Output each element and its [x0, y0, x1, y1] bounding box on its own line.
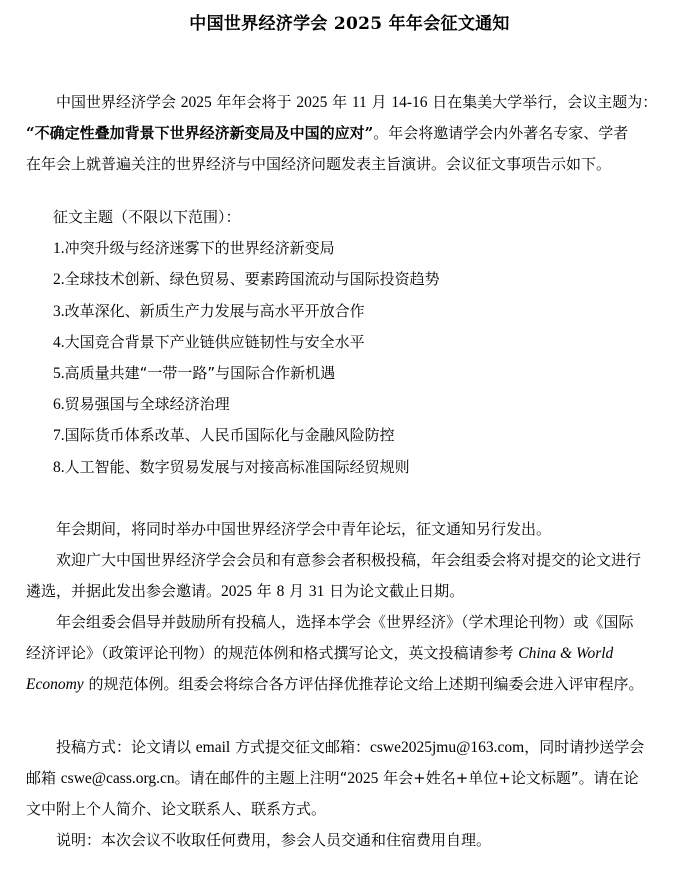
topic-text: 人工智能、数字贸易发展与对接高标准国际经贸规则	[65, 458, 410, 476]
topic-item: 4.大国竞合背景下产业链供应链韧性与安全水平	[53, 327, 440, 358]
welcome-text: 遴选，并据此发出参会邀请。	[26, 582, 221, 600]
submission-text: ，同时请抄送学会	[524, 738, 644, 756]
document-page: 中国世界经济学会 2025 年年会征文通知 中国世界经济学会 2025 年年会将…	[0, 0, 699, 876]
intro-text: 月	[367, 93, 392, 111]
submission-text: 年会+姓名+单位+论文标题”。请在论	[378, 769, 638, 787]
cc-email-link[interactable]: cswe@cass.org.cn	[61, 770, 175, 787]
topic-number: 6.	[53, 396, 65, 413]
meeting-year: 2025	[296, 94, 327, 111]
document-title: 中国世界经济学会 2025 年年会征文通知	[0, 11, 699, 37]
journals-line-3: Economy 的规范体例。组委会将综合各方评估择优推荐论文给上述期刊编委会进入…	[26, 669, 676, 700]
journals-line-1: 年会组委会倡导并鼓励所有投稿人，选择本学会《世界经济》（学术理论刊物）或《国际	[26, 607, 676, 638]
topics-heading: 征文主题（不限以下范围）：	[53, 202, 440, 233]
journal-name-english: China & World	[518, 645, 613, 662]
topic-number: 5.	[53, 365, 65, 382]
note-paragraph: 说明：本次会议不收取任何费用，参会人员交通和住宿费用自理。	[26, 825, 676, 856]
topic-number: 8.	[53, 459, 65, 476]
submission-email-link[interactable]: cswe2025jmu@163.com	[370, 739, 524, 756]
submission-line-2: 邮箱 cswe@cass.org.cn。请在邮件的主题上注明“2025 年会+姓…	[26, 763, 676, 794]
topic-text: 冲突升级与经济迷雾下的世界经济新变局	[65, 239, 335, 257]
intro-text: 年	[327, 93, 352, 111]
intro-line-1: 中国世界经济学会 2025 年年会将于 2025 年 11 月 14-16 日在…	[26, 87, 676, 118]
intro-line-3: 在年会上就普遍关注的世界经济与中国经济问题发表主旨演讲。会议征文事项告示如下。	[26, 149, 676, 180]
intro-text: 中国世界经济学会	[56, 93, 181, 111]
intro-text: 日在集美大学举行，会议主题为：	[428, 93, 658, 111]
topic-item: 5.高质量共建“一带一路”与国际合作新机遇	[53, 358, 440, 389]
submission-line-1: 投稿方式：论文请以 email 方式提交征文邮箱：cswe2025jmu@163…	[26, 732, 676, 763]
intro-year: 2025	[181, 94, 212, 111]
deadline-day: 31	[309, 583, 325, 600]
topic-item: 6.贸易强国与全球经济治理	[53, 389, 440, 420]
topic-item: 8.人工智能、数字贸易发展与对接高标准国际经贸规则	[53, 452, 440, 483]
topic-number: 7.	[53, 427, 65, 444]
welcome-paragraph: 欢迎广大中国世界经济学会会员和有意参会者积极投稿，年会组委会将对提交的论文进行 …	[26, 545, 676, 607]
deadline-year: 2025	[221, 583, 252, 600]
note-text: 说明：本次会议不收取任何费用，参会人员交通和住宿费用自理。	[26, 825, 676, 856]
submission-text: 。请在邮件的主题上注明“	[175, 769, 348, 787]
topic-number: 3.	[53, 303, 65, 320]
topic-item: 1.冲突升级与经济迷雾下的世界经济新变局	[53, 233, 440, 264]
submission-text: email	[196, 739, 230, 756]
subject-year: 2025	[347, 770, 378, 787]
welcome-text: 日为论文截止日期。	[324, 582, 464, 600]
journals-text: 的规范体例。组委会将综合各方评估择优推荐论文给上述期刊编委会进入评审程序。	[84, 675, 644, 693]
topic-text: 改革深化、新质生产力发展与高水平开放合作	[65, 302, 365, 320]
welcome-text: 年	[252, 582, 277, 600]
forum-paragraph: 年会期间，将同时举办中国世界经济学会中青年论坛，征文通知另行发出。	[26, 514, 676, 545]
forum-text: 年会期间，将同时举办中国世界经济学会中青年论坛，征文通知另行发出。	[26, 514, 676, 545]
topics-section: 征文主题（不限以下范围）： 1.冲突升级与经济迷雾下的世界经济新变局 2.全球技…	[53, 202, 440, 483]
topic-text: 贸易强国与全球经济治理	[65, 395, 230, 413]
journal-name-english: Economy	[26, 676, 84, 693]
journals-text: 经济评论》（政策评论刊物）的规范体例和格式撰写论文，英文投稿请参考	[26, 644, 518, 662]
topic-item: 3.改革深化、新质生产力发展与高水平开放合作	[53, 296, 440, 327]
topic-text: 高质量共建“一带一路”与国际合作新机遇	[65, 364, 336, 382]
welcome-text: 月	[284, 582, 309, 600]
welcome-line-2: 遴选，并据此发出参会邀请。2025 年 8 月 31 日为论文截止日期。	[26, 576, 676, 607]
journals-paragraph: 年会组委会倡导并鼓励所有投稿人，选择本学会《世界经济》（学术理论刊物）或《国际 …	[26, 607, 676, 700]
topic-number: 4.	[53, 334, 65, 351]
submission-text: 方式提交征文邮箱：	[230, 738, 370, 756]
topic-number: 1.	[53, 240, 65, 257]
intro-text: 。年会将邀请学会内外著名专家、学者	[373, 124, 628, 142]
topic-text: 大国竞合背景下产业链供应链韧性与安全水平	[65, 333, 365, 351]
submission-text: 投稿方式：论文请以	[56, 738, 196, 756]
submission-line-3: 文中附上个人简介、论文联系人、联系方式。	[26, 794, 676, 825]
meeting-month: 11	[352, 94, 367, 111]
topic-number: 2.	[53, 271, 65, 288]
topic-item: 7.国际货币体系改革、人民币国际化与金融风险防控	[53, 420, 440, 451]
submission-text: 邮箱	[26, 769, 61, 787]
topic-item: 2.全球技术创新、绿色贸易、要素跨国流动与国际投资趋势	[53, 264, 440, 295]
intro-text: 年年会将于	[212, 93, 297, 111]
topic-text: 全球技术创新、绿色贸易、要素跨国流动与国际投资趋势	[65, 270, 440, 288]
welcome-line-1: 欢迎广大中国世界经济学会会员和有意参会者积极投稿，年会组委会将对提交的论文进行	[26, 545, 676, 576]
intro-line-2: “不确定性叠加背景下世界经济新变局及中国的应对”。年会将邀请学会内外著名专家、学…	[26, 118, 676, 149]
topic-text: 国际货币体系改革、人民币国际化与金融风险防控	[65, 426, 395, 444]
intro-paragraph: 中国世界经济学会 2025 年年会将于 2025 年 11 月 14-16 日在…	[26, 87, 676, 180]
submission-paragraph: 投稿方式：论文请以 email 方式提交征文邮箱：cswe2025jmu@163…	[26, 732, 676, 825]
meeting-days: 14-16	[391, 94, 427, 111]
journals-line-2: 经济评论》（政策评论刊物）的规范体例和格式撰写论文，英文投稿请参考 China …	[26, 638, 676, 669]
conference-theme: “不确定性叠加背景下世界经济新变局及中国的应对”	[26, 124, 373, 142]
